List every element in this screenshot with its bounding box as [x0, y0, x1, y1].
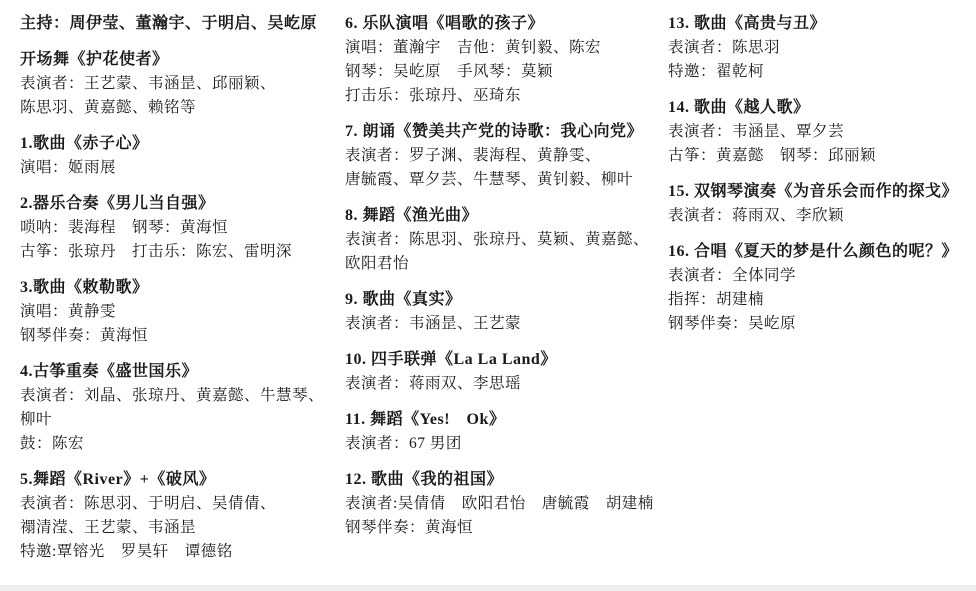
program-item-line: 古筝：张琼丹 打击乐：陈宏、雷明深 — [20, 240, 345, 264]
program-item-line: 表演者：蒋雨双、李思瑶 — [345, 372, 668, 396]
program-item: 12. 歌曲《我的祖国》表演者:吴倩倩 欧阳君怡 唐毓霞 胡建楠钢琴伴奏：黄海恒 — [345, 468, 668, 540]
program-item-title: 11. 舞蹈《Yes! Ok》 — [345, 408, 668, 432]
program-item: 主持：周伊莹、董瀚宇、于明启、吴屹原 — [20, 12, 345, 36]
program-item: 10. 四手联弹《La La Land》表演者：蒋雨双、李思瑶 — [345, 348, 668, 396]
program-item-title: 5.舞蹈《River》+《破风》 — [20, 468, 345, 492]
program-item-line: 表演者:吴倩倩 欧阳君怡 唐毓霞 胡建楠 — [345, 492, 668, 516]
program-item: 14. 歌曲《越人歌》表演者：韦涵昰、覃夕芸古筝：黄嘉懿 钢琴：邱丽颖 — [668, 96, 976, 168]
program-item-line: 表演者：陈思羽、于明启、吴倩倩、 — [20, 492, 345, 516]
program-item: 开场舞《护花使者》表演者：王艺蒙、韦涵昰、邱丽颖、陈思羽、黄嘉懿、赖铭等 — [20, 48, 345, 120]
concert-program-document: 主持：周伊莹、董瀚宇、于明启、吴屹原开场舞《护花使者》表演者：王艺蒙、韦涵昰、邱… — [0, 0, 976, 576]
program-item-line: 指挥：胡建楠 — [668, 288, 976, 312]
program-item-title: 3.歌曲《敕勒歌》 — [20, 276, 345, 300]
program-item-line: 钢琴：吴屹原 手风琴：莫颖 — [345, 60, 668, 84]
program-item-line: 表演者：蒋雨双、李欣颖 — [668, 204, 976, 228]
program-item-title: 主持：周伊莹、董瀚宇、于明启、吴屹原 — [20, 12, 345, 36]
program-item-line: 演唱：黄静雯 — [20, 300, 345, 324]
program-item: 1.歌曲《赤子心》演唱：姬雨展 — [20, 132, 345, 180]
program-item: 6. 乐队演唱《唱歌的孩子》演唱：董瀚宇 吉他：黄钊毅、陈宏钢琴：吴屹原 手风琴… — [345, 12, 668, 108]
program-item-title: 10. 四手联弹《La La Land》 — [345, 348, 668, 372]
program-item-line: 表演者：陈思羽 — [668, 36, 976, 60]
program-item-title: 12. 歌曲《我的祖国》 — [345, 468, 668, 492]
program-column: 13. 歌曲《高贵与丑》表演者：陈思羽特邀：翟乾柯14. 歌曲《越人歌》表演者：… — [668, 12, 976, 576]
program-item: 15. 双钢琴演奏《为音乐会而作的探戈》表演者：蒋雨双、李欣颖 — [668, 180, 976, 228]
program-column: 主持：周伊莹、董瀚宇、于明启、吴屹原开场舞《护花使者》表演者：王艺蒙、韦涵昰、邱… — [20, 12, 345, 576]
program-item-line: 禤清滢、王艺蒙、韦涵昰 — [20, 516, 345, 540]
program-item: 8. 舞蹈《渔光曲》表演者：陈思羽、张琼丹、莫颖、黄嘉懿、欧阳君怡 — [345, 204, 668, 276]
program-item-line: 演唱：董瀚宇 吉他：黄钊毅、陈宏 — [345, 36, 668, 60]
page-bottom-edge — [0, 585, 976, 591]
program-item-line: 唐毓霞、覃夕芸、牛慧琴、黄钊毅、柳叶 — [345, 168, 668, 192]
program-item-line: 表演者：刘晶、张琼丹、黄嘉懿、牛慧琴、 — [20, 384, 345, 408]
program-item-title: 8. 舞蹈《渔光曲》 — [345, 204, 668, 228]
program-item-line: 钢琴伴奏：黄海恒 — [20, 324, 345, 348]
program-item-line: 特邀：翟乾柯 — [668, 60, 976, 84]
program-item-line: 钢琴伴奏：吴屹原 — [668, 312, 976, 336]
program-item-title: 1.歌曲《赤子心》 — [20, 132, 345, 156]
program-item-line: 柳叶 — [20, 408, 345, 432]
program-item-title: 7. 朗诵《赞美共产党的诗歌：我心向党》 — [345, 120, 668, 144]
program-item: 11. 舞蹈《Yes! Ok》表演者：67 男团 — [345, 408, 668, 456]
program-item: 13. 歌曲《高贵与丑》表演者：陈思羽特邀：翟乾柯 — [668, 12, 976, 84]
program-item-line: 演唱：姬雨展 — [20, 156, 345, 180]
program-item-title: 开场舞《护花使者》 — [20, 48, 345, 72]
program-item-line: 表演者：韦涵昰、王艺蒙 — [345, 312, 668, 336]
program-item-line: 表演者：王艺蒙、韦涵昰、邱丽颖、 — [20, 72, 345, 96]
program-item-line: 唢呐：裴海程 钢琴：黄海恒 — [20, 216, 345, 240]
program-item-title: 14. 歌曲《越人歌》 — [668, 96, 976, 120]
program-item-line: 鼓：陈宏 — [20, 432, 345, 456]
program-item-line: 表演者：韦涵昰、覃夕芸 — [668, 120, 976, 144]
program-item-title: 9. 歌曲《真实》 — [345, 288, 668, 312]
program-column: 6. 乐队演唱《唱歌的孩子》演唱：董瀚宇 吉他：黄钊毅、陈宏钢琴：吴屹原 手风琴… — [345, 12, 668, 576]
program-item-line: 打击乐：张琼丹、巫琦东 — [345, 84, 668, 108]
program-item: 2.器乐合奏《男儿当自强》唢呐：裴海程 钢琴：黄海恒古筝：张琼丹 打击乐：陈宏、… — [20, 192, 345, 264]
program-item-title: 2.器乐合奏《男儿当自强》 — [20, 192, 345, 216]
program-item-line: 表演者：67 男团 — [345, 432, 668, 456]
program-item: 5.舞蹈《River》+《破风》表演者：陈思羽、于明启、吴倩倩、禤清滢、王艺蒙、… — [20, 468, 345, 564]
program-item: 7. 朗诵《赞美共产党的诗歌：我心向党》表演者：罗子渊、裴海程、黄静雯、唐毓霞、… — [345, 120, 668, 192]
program-item-line: 表演者：全体同学 — [668, 264, 976, 288]
program-item-line: 古筝：黄嘉懿 钢琴：邱丽颖 — [668, 144, 976, 168]
program-item-line: 特邀:覃镕光 罗昊轩 谭德铭 — [20, 540, 345, 564]
program-item: 9. 歌曲《真实》表演者：韦涵昰、王艺蒙 — [345, 288, 668, 336]
program-item-line: 钢琴伴奏：黄海恒 — [345, 516, 668, 540]
program-item: 3.歌曲《敕勒歌》演唱：黄静雯钢琴伴奏：黄海恒 — [20, 276, 345, 348]
program-item: 16. 合唱《夏天的梦是什么颜色的呢？》表演者：全体同学指挥：胡建楠钢琴伴奏：吴… — [668, 240, 976, 336]
program-item-line: 表演者：陈思羽、张琼丹、莫颖、黄嘉懿、 — [345, 228, 668, 252]
program-item: 4.古筝重奏《盛世国乐》表演者：刘晶、张琼丹、黄嘉懿、牛慧琴、柳叶鼓：陈宏 — [20, 360, 345, 456]
program-item-line: 陈思羽、黄嘉懿、赖铭等 — [20, 96, 345, 120]
program-item-title: 15. 双钢琴演奏《为音乐会而作的探戈》 — [668, 180, 976, 204]
program-item-title: 6. 乐队演唱《唱歌的孩子》 — [345, 12, 668, 36]
program-item-title: 4.古筝重奏《盛世国乐》 — [20, 360, 345, 384]
program-item-title: 16. 合唱《夏天的梦是什么颜色的呢？》 — [668, 240, 976, 264]
program-item-title: 13. 歌曲《高贵与丑》 — [668, 12, 976, 36]
program-item-line: 欧阳君怡 — [345, 252, 668, 276]
program-item-line: 表演者：罗子渊、裴海程、黄静雯、 — [345, 144, 668, 168]
